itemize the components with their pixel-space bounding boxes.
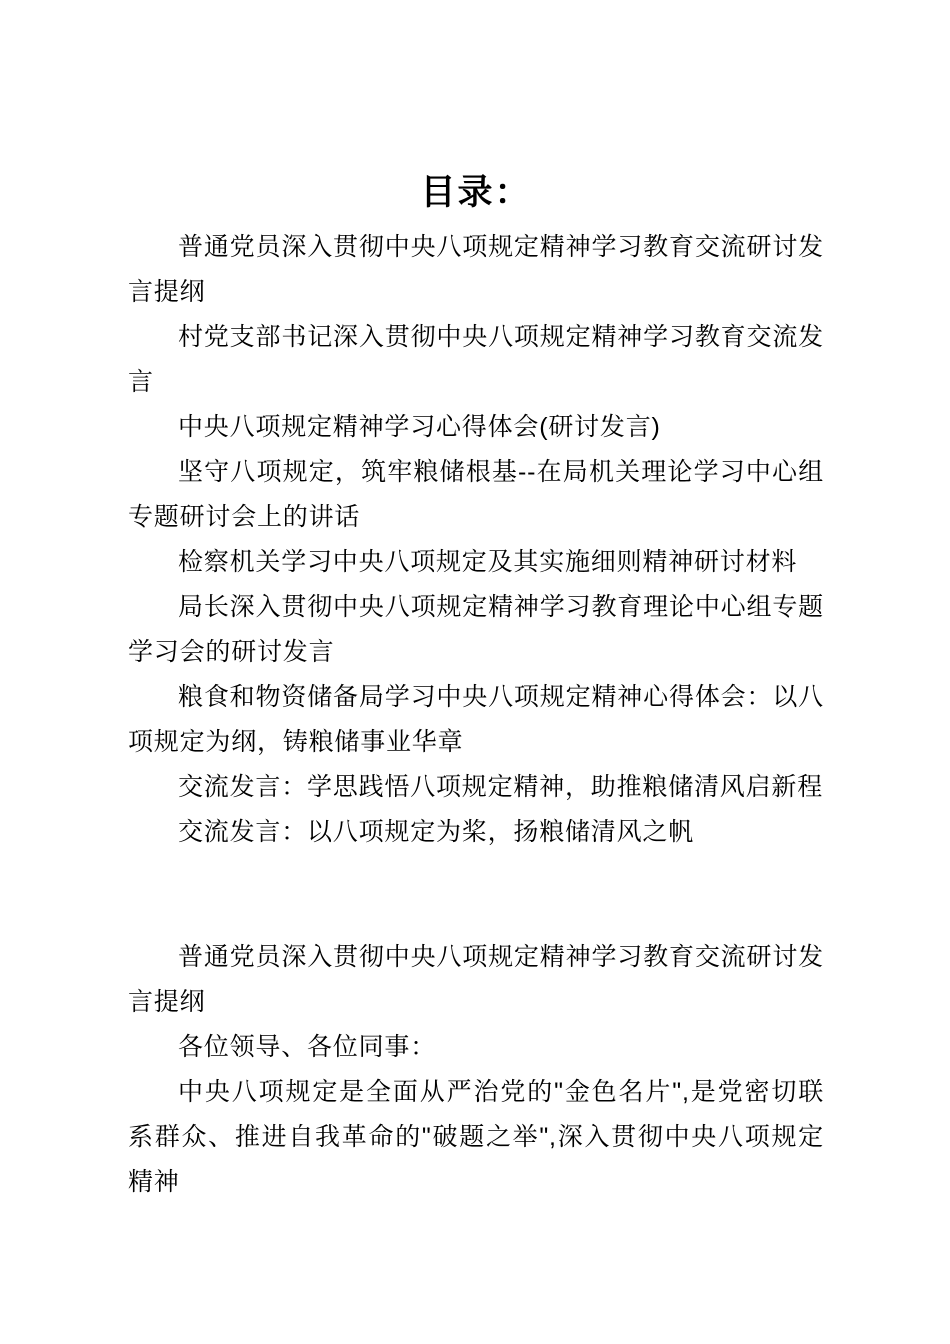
toc-item-8: 交流发言：学思践悟八项规定精神，助推粮储清风启新程 bbox=[128, 765, 824, 810]
toc-item-5: 检察机关学习中央八项规定及其实施细则精神研讨材料 bbox=[128, 540, 824, 585]
toc-item-2: 村党支部书记深入贯彻中央八项规定精神学习教育交流发言 bbox=[128, 315, 824, 405]
section-heading: 普通党员深入贯彻中央八项规定精神学习教育交流研讨发言提纲 bbox=[128, 935, 824, 1025]
toc-item-1: 普通党员深入贯彻中央八项规定精神学习教育交流研讨发言提纲 bbox=[128, 225, 824, 315]
toc-item-3: 中央八项规定精神学习心得体会(研讨发言) bbox=[128, 405, 824, 450]
toc-item-4: 坚守八项规定，筑牢粮储根基--在局机关理论学习中心组专题研讨会上的讲话 bbox=[128, 450, 824, 540]
toc-item-9: 交流发言：以八项规定为桨，扬粮储清风之帆 bbox=[128, 810, 824, 855]
toc-item-7: 粮食和物资储备局学习中央八项规定精神心得体会：以八项规定为纲，铸粮储事业华章 bbox=[128, 675, 824, 765]
toc-title: 目录： bbox=[128, 170, 824, 215]
section-salutation: 各位领导、各位同事： bbox=[128, 1025, 824, 1070]
toc-item-6: 局长深入贯彻中央八项规定精神学习教育理论中心组专题学习会的研讨发言 bbox=[128, 585, 824, 675]
document-page: 目录： 普通党员深入贯彻中央八项规定精神学习教育交流研讨发言提纲 村党支部书记深… bbox=[0, 0, 950, 1344]
section-body-paragraph: 中央八项规定是全面从严治党的"金色名片",是党密切联系群众、推进自我革命的"破题… bbox=[128, 1070, 824, 1205]
